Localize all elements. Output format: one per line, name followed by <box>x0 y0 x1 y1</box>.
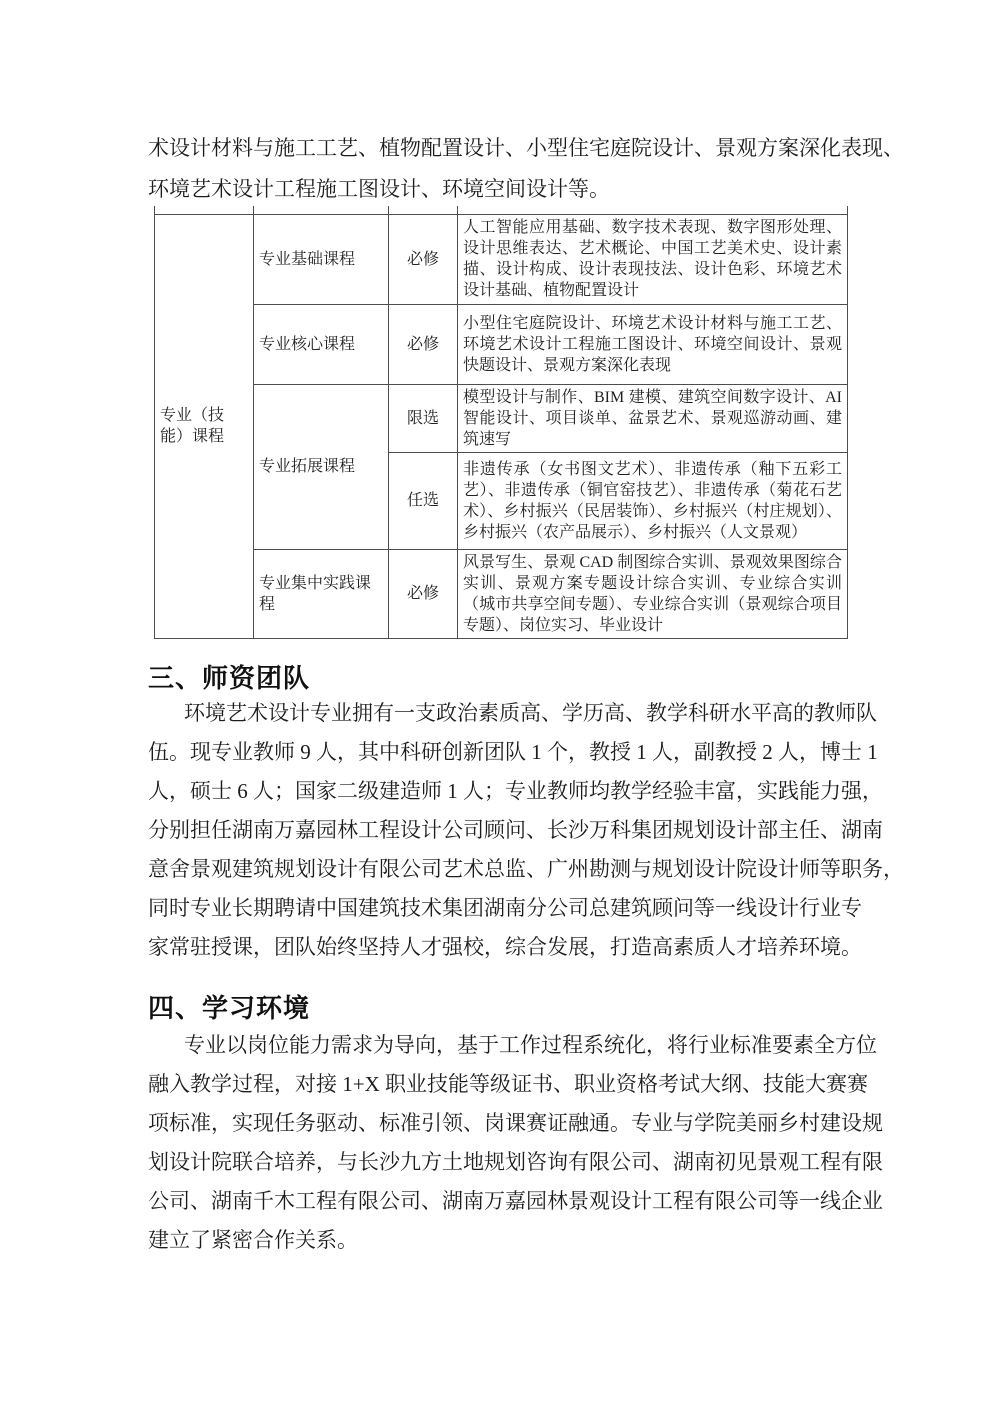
course-type-cell: 专业基础课程 <box>254 214 389 304</box>
course-table: 专业（技能）课程 专业基础课程 必修 人工智能应用基础、数字技术表现、数字图形处… <box>154 206 848 639</box>
paragraph-line: 划设计院联合培养，与长沙九方土地规划咨询有限公司、湖南初见景观工程有限 <box>148 1143 856 1182</box>
courses-cell: 小型住宅庭院设计、环境艺术设计材料与施工工艺、环境艺术设计工程施工图设计、环境空… <box>458 304 848 384</box>
paragraph-line: 环境艺术设计工程施工图设计、环境空间设计等。 <box>148 169 856 210</box>
requirement-cell: 任选 <box>389 452 458 549</box>
partial-cell <box>254 206 389 214</box>
table-row: 专业核心课程 必修 小型住宅庭院设计、环境艺术设计材料与施工工艺、环境艺术设计工… <box>155 304 848 384</box>
paragraph-line: 项标准，实现任务驱动、标准引领、岗课赛证融通。专业与学院美丽乡村建设规 <box>148 1104 856 1143</box>
section-heading-teachers: 三、师资团队 <box>148 658 310 695</box>
teachers-paragraph: 环境艺术设计专业拥有一支政治素质高、学历高、教学科研水平高的教师队 伍。现专业教… <box>148 694 856 967</box>
course-type-cell: 专业拓展课程 <box>254 384 389 549</box>
courses-cell: 非遗传承（女书图文艺术）、非遗传承（釉下五彩工艺）、非遗传承（铜官窑技艺）、非遗… <box>458 452 848 549</box>
requirement-cell: 必修 <box>389 304 458 384</box>
table-row: 专业拓展课程 限选 模型设计与制作、BIM 建模、建筑空间数字设计、AI 智能设… <box>155 384 848 452</box>
intro-paragraph: 术设计材料与施工工艺、植物配置设计、小型住宅庭院设计、景观方案深化表现、 环境艺… <box>148 128 856 210</box>
table-row: 专业（技能）课程 专业基础课程 必修 人工智能应用基础、数字技术表现、数字图形处… <box>155 214 848 304</box>
section-heading-environment: 四、学习环境 <box>148 988 310 1025</box>
paragraph-line: 专业以岗位能力需求为导向，基于工作过程系统化，将行业标准要素全方位 <box>148 1026 856 1065</box>
table-row-partial <box>155 206 848 214</box>
requirement-cell: 必修 <box>389 549 458 638</box>
environment-paragraph: 专业以岗位能力需求为导向，基于工作过程系统化，将行业标准要素全方位 融入教学过程… <box>148 1026 856 1260</box>
course-type-cell: 专业核心课程 <box>254 304 389 384</box>
requirement-cell: 必修 <box>389 214 458 304</box>
paragraph-line: 人，硕士 6 人；国家二级建造师 1 人；专业教师均教学经验丰富，实践能力强， <box>148 772 856 811</box>
partial-cell <box>458 206 848 214</box>
paragraph-line: 分别担任湖南万嘉园林工程设计公司顾问、长沙万科集团规划设计部主任、湖南 <box>148 811 856 850</box>
paragraph-line: 融入教学过程，对接 1+X 职业技能等级证书、职业资格考试大纲、技能大赛赛 <box>148 1065 856 1104</box>
paragraph-line: 同时专业长期聘请中国建筑技术集团湖南分公司总建筑顾问等一线设计行业专 <box>148 889 856 928</box>
document-page: 术设计材料与施工工艺、植物配置设计、小型住宅庭院设计、景观方案深化表现、 环境艺… <box>0 0 1000 1415</box>
requirement-cell: 限选 <box>389 384 458 452</box>
category-cell: 专业（技能）课程 <box>155 214 254 638</box>
partial-cell <box>155 206 254 214</box>
partial-cell <box>389 206 458 214</box>
paragraph-line: 公司、湖南千木工程有限公司、湖南万嘉园林景观设计工程有限公司等一线企业 <box>148 1182 856 1221</box>
course-type-cell: 专业集中实践课程 <box>254 549 389 638</box>
table-row: 专业集中实践课程 必修 风景写生、景观 CAD 制图综合实训、景观效果图综合实训… <box>155 549 848 638</box>
paragraph-line: 家常驻授课，团队始终坚持人才强校，综合发展，打造高素质人才培养环境。 <box>148 928 856 967</box>
courses-cell: 风景写生、景观 CAD 制图综合实训、景观效果图综合实训、景观方案专题设计综合实… <box>458 549 848 638</box>
paragraph-line: 术设计材料与施工工艺、植物配置设计、小型住宅庭院设计、景观方案深化表现、 <box>148 128 856 169</box>
paragraph-line: 伍。现专业教师 9 人，其中科研创新团队 1 个，教授 1 人，副教授 2 人，… <box>148 733 856 772</box>
paragraph-line: 意舍景观建筑规划设计有限公司艺术总监、广州勘测与规划设计院设计师等职务， <box>148 850 856 889</box>
paragraph-line: 建立了紧密合作关系。 <box>148 1221 856 1260</box>
courses-cell: 模型设计与制作、BIM 建模、建筑空间数字设计、AI 智能设计、项目谈单、盆景艺… <box>458 384 848 452</box>
paragraph-line: 环境艺术设计专业拥有一支政治素质高、学历高、教学科研水平高的教师队 <box>148 694 856 733</box>
courses-cell: 人工智能应用基础、数字技术表现、数字图形处理、设计思维表达、艺术概论、中国工艺美… <box>458 214 848 304</box>
